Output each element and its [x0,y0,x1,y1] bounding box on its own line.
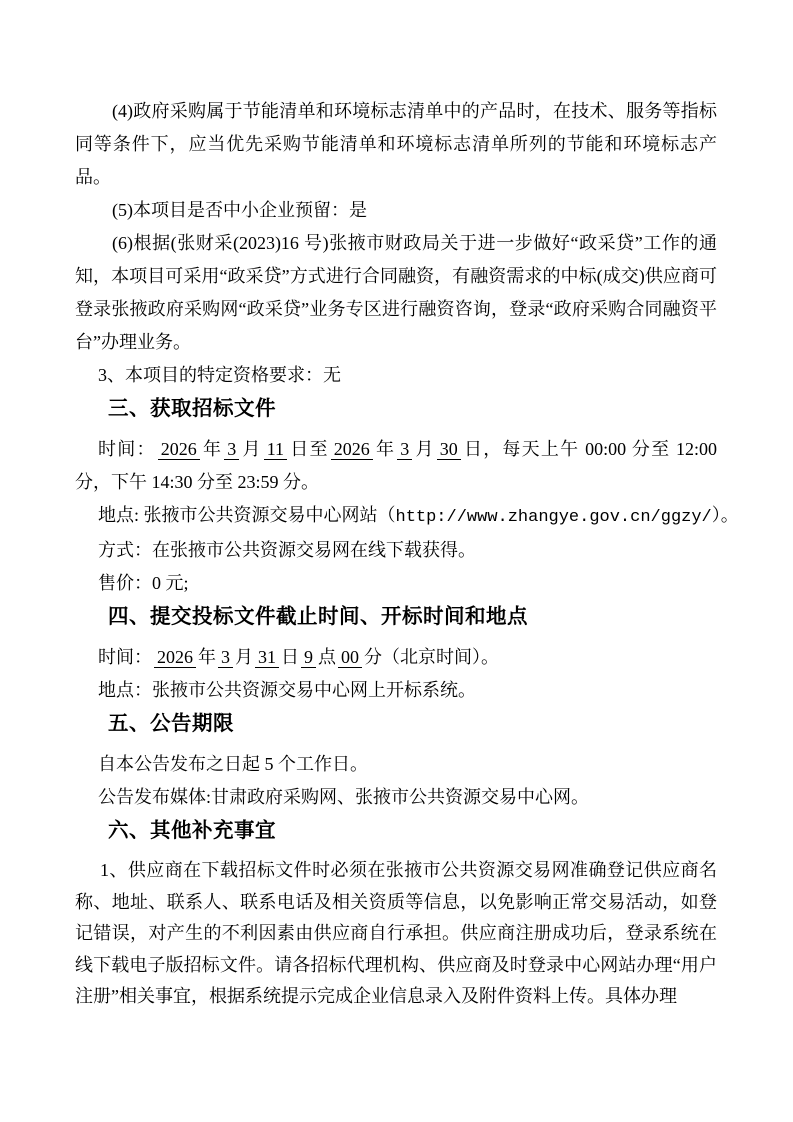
s3-year-to-blank: 2026 [331,439,373,460]
s3-time-label: 时间： [98,439,156,459]
s3-time-text-2: 月 [241,439,261,459]
s4-hour-blank: 9 [301,647,316,668]
s6-paragraph-supplier-registration: 1、供应商在下载招标文件时必须在张掖市公共资源交易网准确登记供应商名称、地址、联… [75,855,717,1013]
paragraph-item-3-qualification: 3、本项目的特定资格要求：无 [75,359,717,392]
s4-time-text-1: 年 [198,647,216,667]
s4-time-text-3: 日 [281,647,299,667]
s3-day-to-blank: 30 [437,439,461,460]
s3-day-from-blank: 11 [264,439,287,460]
s3-price-line: 售价：0 元; [75,567,717,600]
s4-time-line: 时间：2026年3月31日9点00分（北京时间）。 [75,641,717,674]
paragraph-item-4: (4)政府采购属于节能清单和环境标志清单中的产品时，在技术、服务等指标同等条件下… [75,95,717,194]
s5-media-line: 公告发布媒体:甘肃政府采购网、张掖市公共资源交易中心网。 [75,781,717,814]
document-page: (4)政府采购属于节能清单和环境标志清单中的产品时，在技术、服务等指标同等条件下… [0,0,793,1122]
s3-place-label: 地点: 张掖市公共资源交易中心网站 [98,505,378,525]
s3-month-to-blank: 3 [397,439,412,460]
s3-time-line: 时间：2026年3月11日至2026年3月30日，每天上午 00:00 分至 1… [75,433,717,499]
s4-time-text-5: 分（北京时间）。 [364,647,499,667]
s4-time-text-2: 月 [235,647,253,667]
s4-time-label: 时间： [98,647,152,667]
heading-section-4-deadline-and-opening: 四、提交投标文件截止时间、开标时间和地点 [75,600,717,633]
website-url: http://www.zhangye.gov.cn/ggzy/ [396,508,712,527]
s3-place-line: 地点: 张掖市公共资源交易中心网站（http://www.zhangye.gov… [75,499,717,534]
heading-section-6-other-matters: 六、其他补充事宜 [75,814,717,847]
s4-day-blank: 31 [255,647,279,668]
s3-method-line: 方式：在张掖市公共资源交易网在线下载获得。 [75,534,717,567]
s3-time-text-5: 月 [414,439,434,459]
paragraph-item-6-zhengcaidai: (6)根据(张财采(2023)16 号)张掖市财政局关于进一步做好“政采贷”工作… [75,227,717,359]
s3-paren-close: ）。 [712,505,739,525]
s4-year-blank: 2026 [154,647,196,668]
s3-paren-open: （ [378,505,396,525]
s4-minute-blank: 00 [338,647,362,668]
s4-time-text-4: 点 [318,647,336,667]
s3-time-text-1: 年 [202,439,222,459]
heading-section-3-obtain-bid-documents: 三、获取招标文件 [75,392,717,425]
heading-section-5-announcement-period: 五、公告期限 [75,707,717,740]
s4-month-blank: 3 [218,647,233,668]
paragraph-item-5-sme-reserved: (5)本项目是否中小企业预留：是 [75,194,717,227]
s4-place-line: 地点：张掖市公共资源交易中心网上开标系统。 [75,674,717,707]
s3-year-from-blank: 2026 [158,439,200,460]
s5-period-line: 自本公告发布之日起 5 个工作日。 [75,748,717,781]
s3-time-text-3: 日至 [289,439,329,459]
s3-time-text-4: 年 [375,439,395,459]
s3-month-from-blank: 3 [224,439,239,460]
